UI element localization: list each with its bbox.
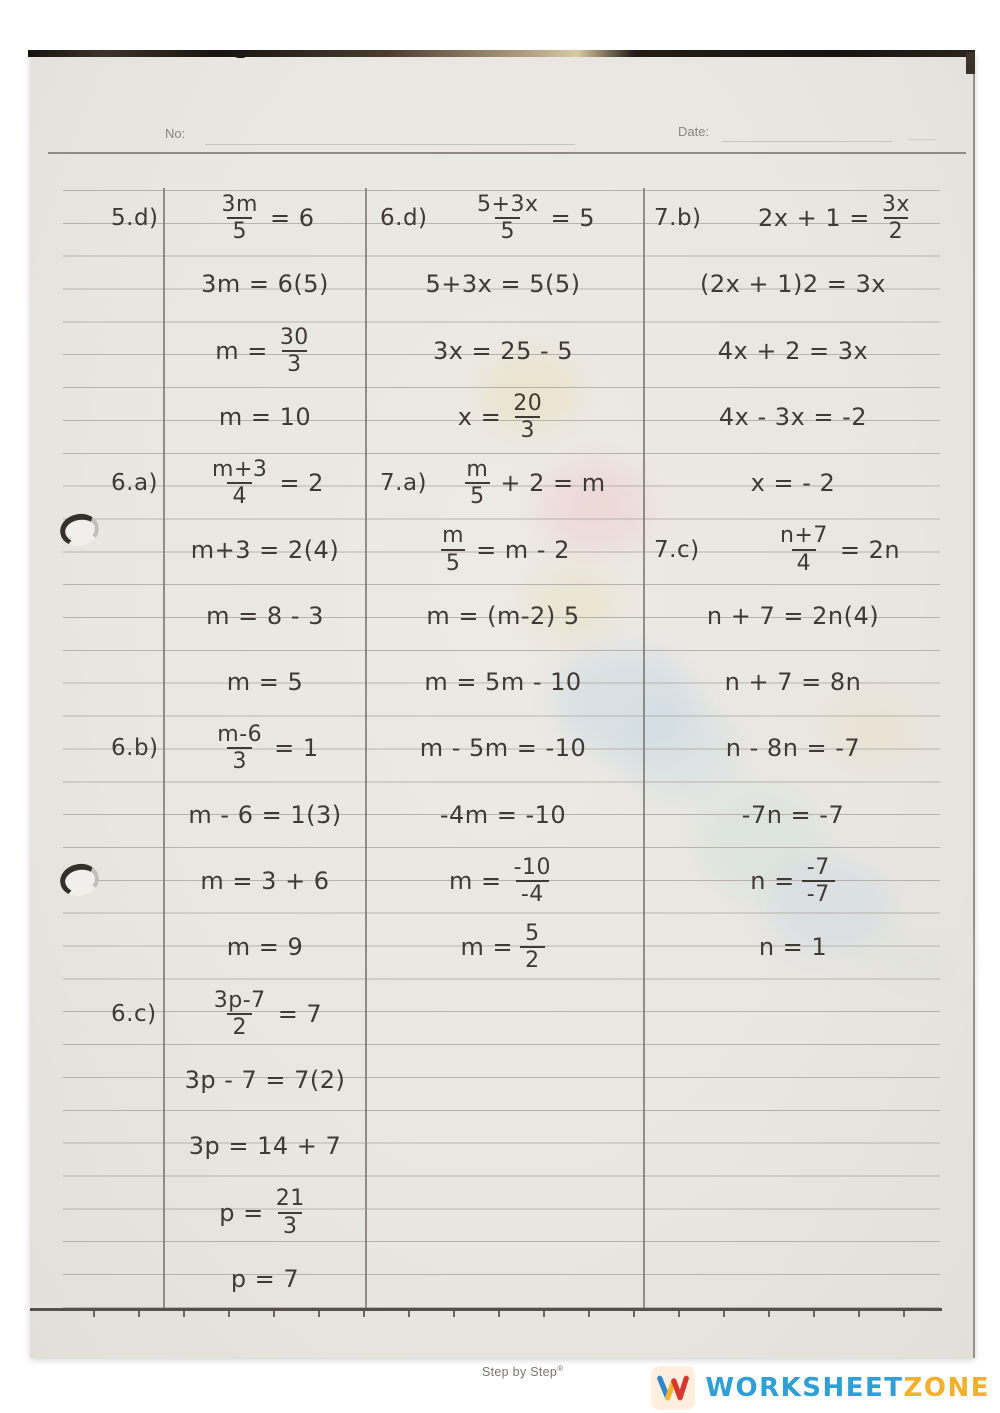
fraction: 52 [520,922,545,972]
no-field-line [205,144,575,145]
fraction: 213 [271,1187,310,1237]
fraction-denominator: -4 [516,880,549,906]
equation-cell: 4x + 2 = 3x [648,318,938,384]
fraction-denominator: 3 [227,747,252,773]
fraction-denominator: 5 [495,217,520,243]
fraction-numerator: -10 [509,856,556,880]
brand-second-word: ZONE [904,1373,990,1403]
no-field-label: No: [165,126,185,141]
fraction-numerator: 20 [508,392,547,416]
math-expression: p = [216,1199,266,1227]
math-expression: x = [455,403,504,431]
math-expression: n - 8n = -7 [723,734,863,762]
equation-cell: 7.b)2x + 1 =3x2 [648,185,982,251]
equation-cell: 5+3x = 5(5) [368,251,638,317]
date-field-line-short [908,139,936,140]
math-expression: = 1 [271,734,322,762]
math-expression: m = 10 [216,403,314,431]
math-expression: m - 5m = -10 [417,734,590,762]
date-field-label: Date: [678,124,709,139]
equation-cell: x =203 [368,384,638,450]
math-expression: m = 3 + 6 [197,867,332,895]
equation-cell: m = (m-2) 5 [368,583,638,649]
math-expression: p = 7 [228,1265,302,1293]
fraction-denominator: 2 [520,946,545,972]
fraction-numerator: 5 [520,922,545,946]
math-expression: 4x - 3x = -2 [716,403,870,431]
worksheetzone-logo-icon [651,1366,695,1410]
paper-corner-shadow [966,52,975,74]
fraction: 5+3x5 [472,193,543,243]
equation-cell: 7.c)n+74= 2n [648,517,982,583]
math-expression: n + 7 = 8n [722,668,865,696]
fraction-numerator: -7 [802,856,835,880]
math-expression: m+3 = 2(4) [188,536,342,564]
equation-cell: m = 3 + 6 [165,848,365,914]
worksheetzone-brand[interactable]: WORKSHEETZONE [651,1366,990,1410]
paper-top-edge [28,50,975,57]
math-expression: m = [212,337,271,365]
equation-cell: p =213 [165,1180,365,1246]
equation-cell: m - 5m = -10 [368,715,638,781]
fraction-denominator: 2 [227,1013,252,1039]
math-expression: m = [446,867,505,895]
fraction-numerator: m [461,458,493,482]
equation-cell: 3p - 7 = 7(2) [165,1047,365,1113]
math-expression: x = - 2 [748,469,839,497]
math-expression: n = [747,867,797,895]
registered-mark: ® [557,1364,563,1373]
math-expression: n = 1 [756,933,830,961]
bottom-tick-marks [50,1311,942,1317]
math-expression: = 5 [547,204,598,232]
equation-cell: n = 1 [648,914,938,980]
equation-cell: m = 5m - 10 [368,649,638,715]
math-expression: 3p = 14 + 7 [186,1132,345,1160]
equation-cell: 6.c)3p-72= 7 [165,981,365,1047]
fraction: 303 [275,326,314,376]
fraction-numerator: 5+3x [472,193,543,217]
fraction-denominator: 4 [792,549,817,575]
fraction: m-63 [212,723,267,773]
fraction: 3m5 [217,193,263,243]
fraction-numerator: m-6 [212,723,267,747]
equation-cell: x = - 2 [648,450,938,516]
equation-cell: (2x + 1)2 = 3x [648,251,938,317]
problem-label: 6.a) [111,470,158,496]
equation-cell: 6.a)m+34= 2 [165,450,365,516]
column-divider-2 [643,188,645,1310]
math-expression: m - 6 = 1(3) [185,801,344,829]
equation-cell: m =303 [165,318,365,384]
math-expression: 5+3x = 5(5) [423,270,584,298]
header-divider-line [48,152,966,154]
column-divider-1 [365,188,367,1310]
equation-cell: 3m = 6(5) [165,251,365,317]
equation-cell: n + 7 = 8n [648,649,938,715]
equation-cell: 6.b)m-63= 1 [165,715,365,781]
fraction: 3x2 [877,193,915,243]
math-expression: m = 9 [224,933,307,961]
equation-cell: m =52 [368,914,638,980]
equation-cell: -4m = -10 [368,782,638,848]
fraction: m+34 [207,458,272,508]
step-by-step-logo: Step by Step® [482,1364,612,1379]
equation-cell: n + 7 = 2n(4) [648,583,938,649]
fraction-numerator: 30 [275,326,314,350]
problem-label: 6.c) [111,1001,157,1027]
problem-label: 6.d) [380,205,428,231]
equation-cell: m = 9 [165,914,365,980]
equation-cell: m = 10 [165,384,365,450]
math-expression: = 7 [275,1000,326,1028]
page: No: Date: 5.d)3m5= 63m = 6(5)m =303m = 1… [0,0,1000,1413]
fraction: -7-7 [802,856,835,906]
problem-label: 6.b) [111,735,159,761]
problem-label: 7.a) [380,470,427,496]
fraction: m5 [437,524,469,574]
math-expression: 4x + 2 = 3x [715,337,871,365]
fraction: m5 [461,458,493,508]
step-by-step-text: Step by Step [482,1365,557,1379]
equation-cell: 6.d)5+3x5= 5 [368,185,668,251]
equation-cell: 5.d)3m5= 6 [165,185,365,251]
math-expression: m = (m-2) 5 [423,602,582,630]
date-field-line [722,141,892,142]
fraction-numerator: 3x [877,193,915,217]
fraction: n+74 [775,524,833,574]
problem-label: 7.c) [654,537,700,563]
equation-cell: m = 5 [165,649,365,715]
notebook-paper: No: Date: 5.d)3m5= 63m = 6(5)m =303m = 1… [30,52,975,1358]
equation-cell: m = 8 - 3 [165,583,365,649]
fraction-numerator: 3m [217,193,263,217]
math-expression: 3x = 25 - 5 [430,337,576,365]
fraction: 3p-72 [209,989,271,1039]
w-logo-glyph [656,1373,690,1403]
math-expression: = 2n [837,536,903,564]
fraction-denominator: -7 [802,880,835,906]
math-expression: 3p - 7 = 7(2) [182,1066,349,1094]
equation-cell: m - 6 = 1(3) [165,782,365,848]
fraction: -10-4 [509,856,556,906]
math-expression: (2x + 1)2 = 3x [697,270,889,298]
fraction-denominator: 5 [227,217,252,243]
math-expression: 3m = 6(5) [198,270,332,298]
problem-label: 5.d) [111,205,159,231]
fraction-numerator: m [437,524,469,548]
fraction-denominator: 2 [884,217,909,243]
math-expression: = 6 [267,204,318,232]
equation-cell: m5= m - 2 [368,517,638,583]
math-expression: n + 7 = 2n(4) [704,602,882,630]
equation-cell: m+3 = 2(4) [165,517,365,583]
equation-cell: 3x = 25 - 5 [368,318,638,384]
math-expression: = 2 [276,469,327,497]
equation-cell: p = 7 [165,1246,365,1312]
fraction-denominator: 3 [282,350,307,376]
fraction-denominator: 4 [227,482,252,508]
fraction-denominator: 5 [465,482,490,508]
math-expression: 2x + 1 = [755,204,873,232]
fraction-numerator: n+7 [775,524,833,548]
math-expression: + 2 = m [497,469,608,497]
math-expression: m = [457,933,516,961]
fraction-numerator: m+3 [207,458,272,482]
equation-cell: 7.a)m5+ 2 = m [368,450,668,516]
math-expression: -4m = -10 [437,801,569,829]
equation-cell: 3p = 14 + 7 [165,1113,365,1179]
fraction-numerator: 21 [271,1187,310,1211]
equation-cell: m =-10-4 [368,848,638,914]
worksheetzone-wordmark: WORKSHEETZONE [705,1373,990,1403]
fraction-denominator: 3 [278,1212,303,1238]
math-expression: m = 5m - 10 [421,668,584,696]
paper-speck [235,52,246,58]
math-expression: m = 8 - 3 [203,602,327,630]
math-expression: -7n = -7 [739,801,847,829]
equation-cell: n =-7-7 [648,848,938,914]
equation-cell: 4x - 3x = -2 [648,384,938,450]
problem-label: 7.b) [654,205,702,231]
equation-cell: n - 8n = -7 [648,715,938,781]
fraction-denominator: 3 [515,416,540,442]
brand-first-word: WORKSHEET [705,1373,903,1403]
math-expression: m = 5 [224,668,307,696]
equation-cell: -7n = -7 [648,782,938,848]
fraction: 203 [508,392,547,442]
fraction-denominator: 5 [441,549,466,575]
fraction-numerator: 3p-7 [209,989,271,1013]
math-expression: = m - 2 [473,536,573,564]
